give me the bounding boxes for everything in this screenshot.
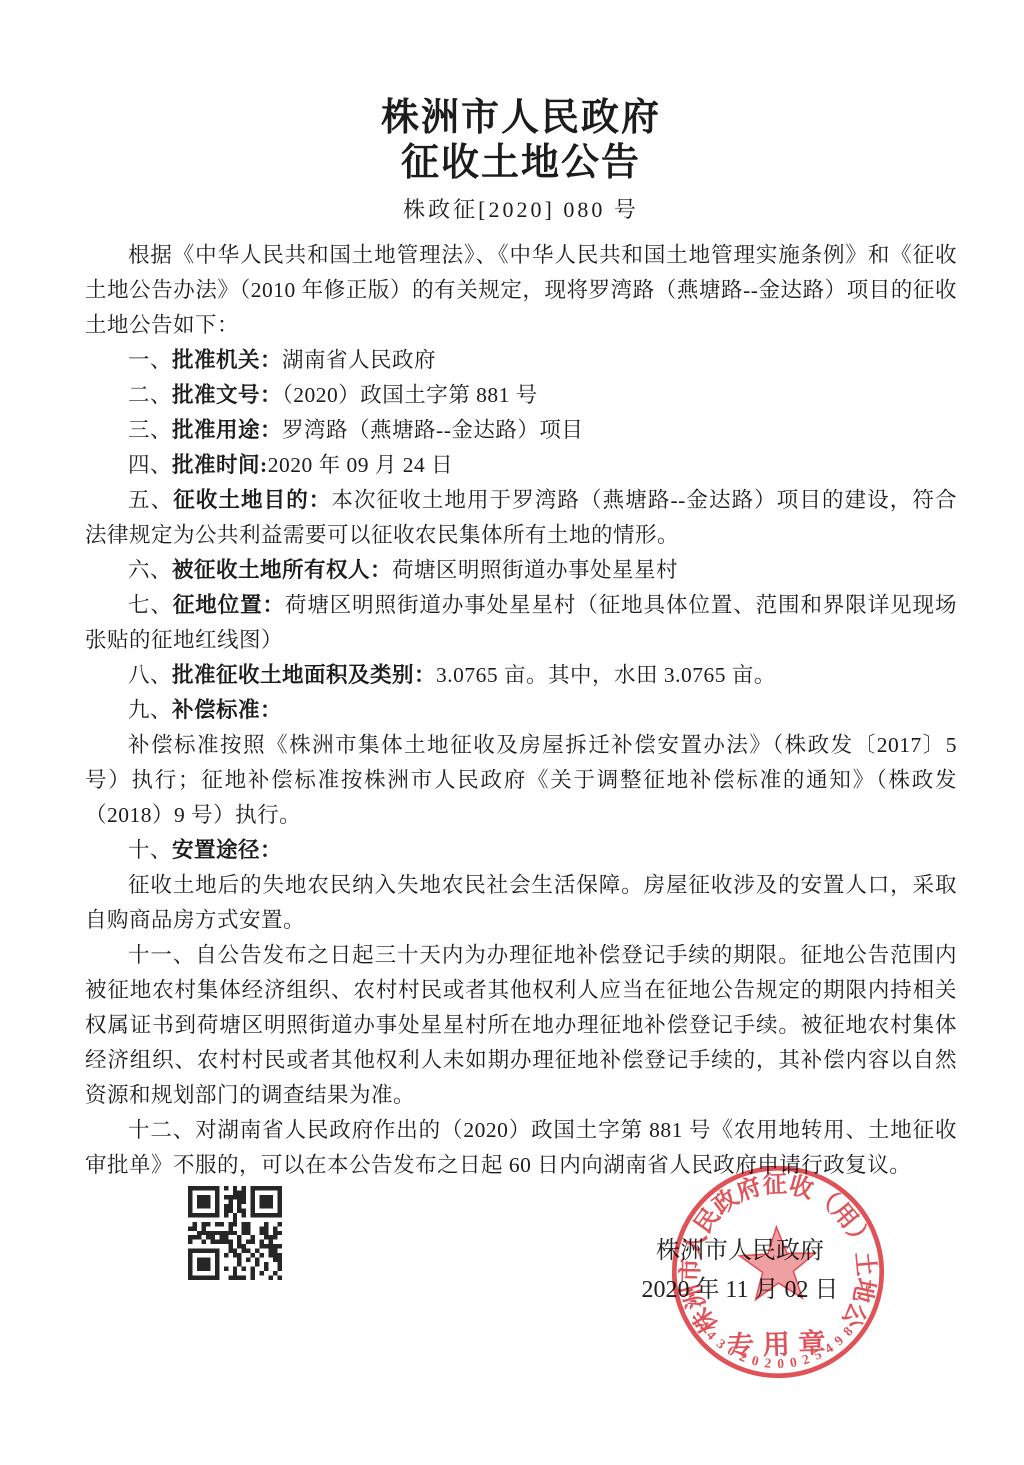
body-paragraph: 根据《中华人民共和国土地管理法》、《中华人民共和国土地管理实施条例》和《征收土地… xyxy=(85,238,957,343)
body-paragraph: 征收土地后的失地农民纳入失地农民社会生活保障。房屋征收涉及的安置人口，采取自购商… xyxy=(85,868,957,938)
body-paragraph: 七、征地位置：荷塘区明照街道办事处星星村（征地具体位置、范围和界限详见现场张贴的… xyxy=(85,588,957,658)
body-paragraph: 二、批准文号：（2020）政国土字第 881 号 xyxy=(85,378,957,413)
official-seal: 株洲市人民政府征收（用）土地公告 专用章 4302020025498 xyxy=(664,1158,892,1386)
body-paragraph: 六、被征收土地所有权人：荷塘区明照街道办事处星星村 xyxy=(85,553,957,588)
body-paragraph: 一、批准机关：湖南省人民政府 xyxy=(85,343,957,378)
body-paragraph: 五、征收土地目的：本次征收土地用于罗湾路（燕塘路--金达路）项目的建设，符合法律… xyxy=(85,483,957,553)
doc-number: 株政征[2020] 080 号 xyxy=(85,194,957,226)
qr-code-image xyxy=(188,1186,282,1280)
document-body: 根据《中华人民共和国土地管理法》、《中华人民共和国土地管理实施条例》和《征收土地… xyxy=(85,238,957,1183)
document-page: 株洲市人民政府 征收土地公告 株政征[2020] 080 号 根据《中华人民共和… xyxy=(0,0,1024,1465)
body-paragraph: 九、补偿标准： xyxy=(85,693,957,728)
qr-code-svg xyxy=(188,1186,282,1280)
body-paragraph: 八、批准征收土地面积及类别：3.0765 亩。其中，水田 3.0765 亩。 xyxy=(85,658,957,693)
body-paragraph: 三、批准用途：罗湾路（燕塘路--金达路）项目 xyxy=(85,413,957,448)
title-line1: 株洲市人民政府 xyxy=(381,97,661,139)
body-paragraph: 十、安置途径： xyxy=(85,833,957,868)
body-paragraph: 十一、自公告发布之日起三十天内为办理征地补偿登记手续的期限。征地公告范围内被征地… xyxy=(85,938,957,1113)
official-seal-svg: 株洲市人民政府征收（用）土地公告 专用章 4302020025498 xyxy=(664,1158,892,1386)
page-title: 株洲市人民政府 征收土地公告 xyxy=(85,96,957,186)
document-content: 株洲市人民政府 征收土地公告 株政征[2020] 080 号 根据《中华人民共和… xyxy=(85,96,957,1183)
title-line2: 征收土地公告 xyxy=(401,142,641,184)
body-paragraph: 补偿标准按照《株洲市集体土地征收及房屋拆迁补偿安置办法》（株政发〔2017〕5 … xyxy=(85,728,957,833)
body-paragraph: 四、批准时间:2020 年 09 月 24 日 xyxy=(85,448,957,483)
seal-star-icon xyxy=(739,1226,817,1301)
